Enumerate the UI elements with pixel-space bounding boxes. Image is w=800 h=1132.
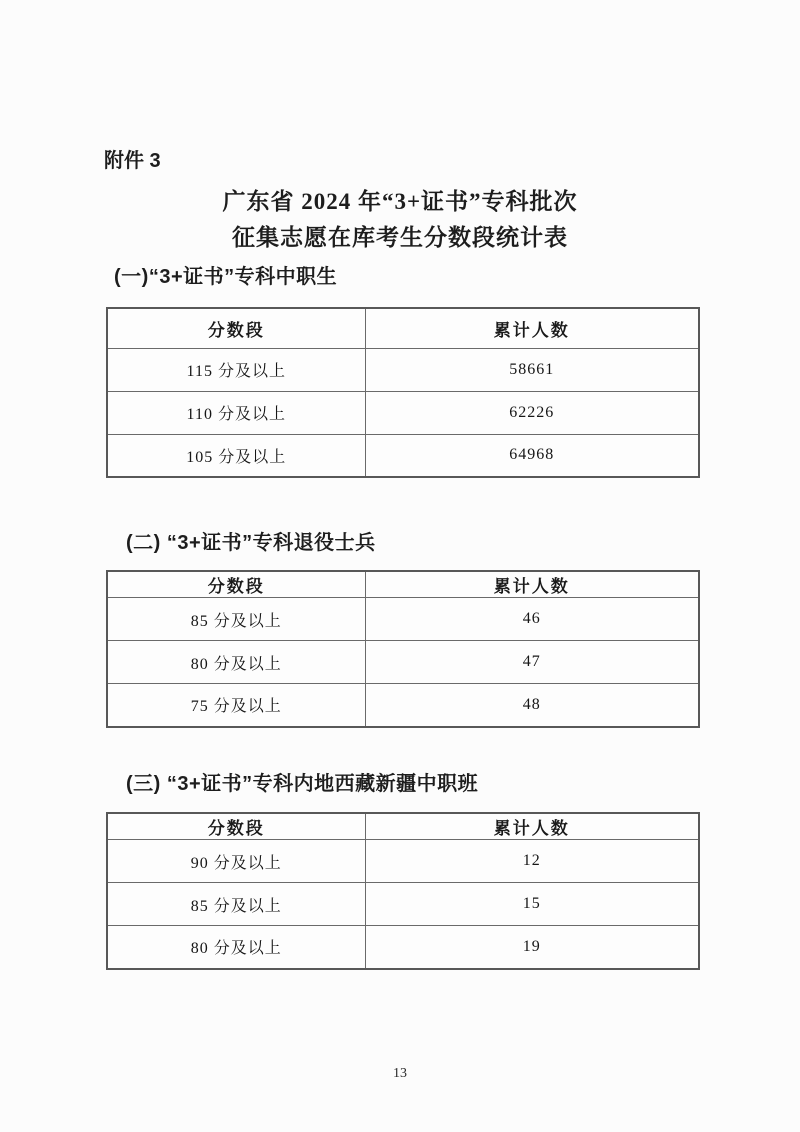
- table-header-row: 分数段 累计人数: [107, 813, 699, 840]
- table-row: 90 分及以上 12: [107, 840, 699, 883]
- section-3-heading: (三) “3+证书”专科内地西藏新疆中职班: [126, 767, 478, 796]
- score-band-cell: 85 分及以上: [107, 883, 365, 926]
- table-header-row: 分数段 累计人数: [107, 571, 699, 598]
- count-cell: 15: [365, 883, 699, 926]
- count-cell: 58661: [365, 348, 699, 391]
- table-row: 80 分及以上 19: [107, 926, 699, 969]
- document-title: 广东省 2024 年“3+证书”专科批次 征集志愿在库考生分数段统计表: [0, 184, 800, 256]
- count-cell: 48: [365, 684, 699, 727]
- count-cell: 12: [365, 840, 699, 883]
- count-cell: 62226: [365, 391, 699, 434]
- table-row: 105 分及以上 64968: [107, 434, 699, 477]
- document-page: 附件 3 广东省 2024 年“3+证书”专科批次 征集志愿在库考生分数段统计表…: [0, 0, 800, 1132]
- attachment-label: 附件 3: [104, 144, 161, 173]
- section-1-heading: (一)“3+证书”专科中职生: [114, 260, 337, 289]
- column-header-cumulative-count: 累计人数: [365, 813, 699, 840]
- count-cell: 46: [365, 598, 699, 641]
- table-row: 85 分及以上 46: [107, 598, 699, 641]
- score-table-1: 分数段 累计人数 115 分及以上 58661 110 分及以上 62226 1…: [106, 307, 700, 478]
- score-band-cell: 90 分及以上: [107, 840, 365, 883]
- table-row: 85 分及以上 15: [107, 883, 699, 926]
- column-header-cumulative-count: 累计人数: [365, 308, 699, 348]
- table-row: 75 分及以上 48: [107, 684, 699, 727]
- score-band-cell: 115 分及以上: [107, 348, 365, 391]
- section-2-heading: (二) “3+证书”专科退役士兵: [126, 526, 376, 555]
- count-cell: 47: [365, 641, 699, 684]
- column-header-cumulative-count: 累计人数: [365, 571, 699, 598]
- table-header-row: 分数段 累计人数: [107, 308, 699, 348]
- table-row: 80 分及以上 47: [107, 641, 699, 684]
- column-header-score-band: 分数段: [107, 308, 365, 348]
- table-row: 115 分及以上 58661: [107, 348, 699, 391]
- score-band-cell: 110 分及以上: [107, 391, 365, 434]
- count-cell: 64968: [365, 434, 699, 477]
- score-band-cell: 85 分及以上: [107, 598, 365, 641]
- page-number: 13: [0, 1066, 800, 1082]
- document-title-line1: 广东省 2024 年“3+证书”专科批次: [0, 184, 800, 220]
- score-band-cell: 80 分及以上: [107, 641, 365, 684]
- score-table-3: 分数段 累计人数 90 分及以上 12 85 分及以上 15 80 分及以上 1…: [106, 812, 700, 970]
- score-table-2: 分数段 累计人数 85 分及以上 46 80 分及以上 47 75 分及以上 4…: [106, 570, 700, 728]
- count-cell: 19: [365, 926, 699, 969]
- table-row: 110 分及以上 62226: [107, 391, 699, 434]
- column-header-score-band: 分数段: [107, 571, 365, 598]
- document-title-line2: 征集志愿在库考生分数段统计表: [0, 220, 800, 256]
- score-band-cell: 75 分及以上: [107, 684, 365, 727]
- column-header-score-band: 分数段: [107, 813, 365, 840]
- score-band-cell: 80 分及以上: [107, 926, 365, 969]
- score-band-cell: 105 分及以上: [107, 434, 365, 477]
